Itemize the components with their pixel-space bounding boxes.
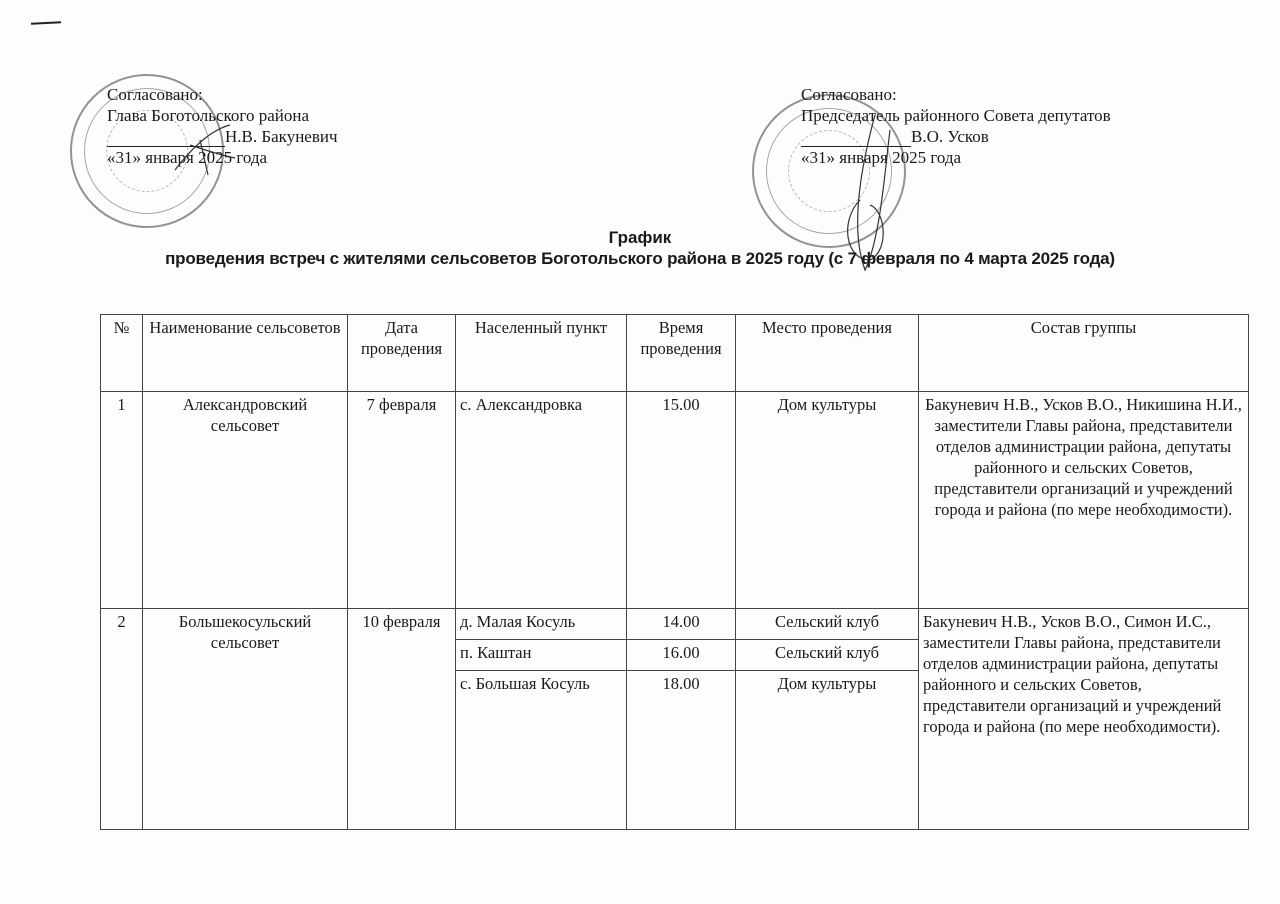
table-header-row: № Наименование сельсоветов Дата проведен… [101,315,1249,392]
cell-time: 14.00 [627,609,736,640]
cell-place: с. Большая Косуль [456,671,627,830]
approver-name: Н.В. Бакуневич [225,127,338,146]
header-date: Дата проведения [348,315,456,392]
approval-signature-line: Н.В. Бакуневич [107,126,338,147]
cell-place: д. Малая Косуль [456,609,627,640]
cell-name: Александровский сельсовет [143,392,348,609]
cell-num: 2 [101,609,143,830]
cell-venue: Сельский клуб [736,640,919,671]
approval-signature-line: В.О. Усков [801,126,1111,147]
document-subtitle: проведения встреч с жителями сельсоветов… [0,249,1280,269]
cell-time: 18.00 [627,671,736,830]
cell-date: 7 февраля [348,392,456,609]
table-row: 1 Александровский сельсовет 7 февраля с.… [101,392,1249,609]
cell-venue: Дом культуры [736,392,919,609]
cell-time: 16.00 [627,640,736,671]
approval-block-left: Согласовано: Глава Боготольского района … [107,84,338,168]
cell-group: Бакуневич Н.В., Усков В.О., Симон И.С., … [919,609,1249,830]
header-group: Состав группы [919,315,1249,392]
approval-date: «31» января 2025 года [107,147,338,168]
signature-line [801,132,911,147]
cell-group: Бакуневич Н.В., Усков В.О., Никишина Н.И… [919,392,1249,609]
approval-date: «31» января 2025 года [801,147,1111,168]
header-num: № [101,315,143,392]
table-row: 2 Большекосульский сельсовет 10 февраля … [101,609,1249,640]
cell-name: Большекосульский сельсовет [143,609,348,830]
header-time: Время проведения [627,315,736,392]
header-name: Наименование сельсоветов [143,315,348,392]
approval-block-right: Согласовано: Председатель районного Сове… [801,84,1111,168]
approval-position: Глава Боготольского района [107,105,338,126]
signature-line [107,132,225,147]
cell-time: 15.00 [627,392,736,609]
cell-place: с. Александровка [456,392,627,609]
cell-venue: Сельский клуб [736,609,919,640]
scanned-document-page: Согласовано: Глава Боготольского района … [0,0,1280,904]
scan-mark [31,21,61,25]
schedule-table: № Наименование сельсоветов Дата проведен… [100,314,1249,830]
approver-name: В.О. Усков [911,127,989,146]
header-place: Населенный пункт [456,315,627,392]
document-title: График [0,228,1280,248]
header-venue: Место проведения [736,315,919,392]
approval-position: Председатель районного Совета депутатов [801,105,1111,126]
cell-place: п. Каштан [456,640,627,671]
cell-venue: Дом культуры [736,671,919,830]
cell-num: 1 [101,392,143,609]
approval-label: Согласовано: [801,84,1111,105]
approval-label: Согласовано: [107,84,338,105]
cell-date: 10 февраля [348,609,456,830]
